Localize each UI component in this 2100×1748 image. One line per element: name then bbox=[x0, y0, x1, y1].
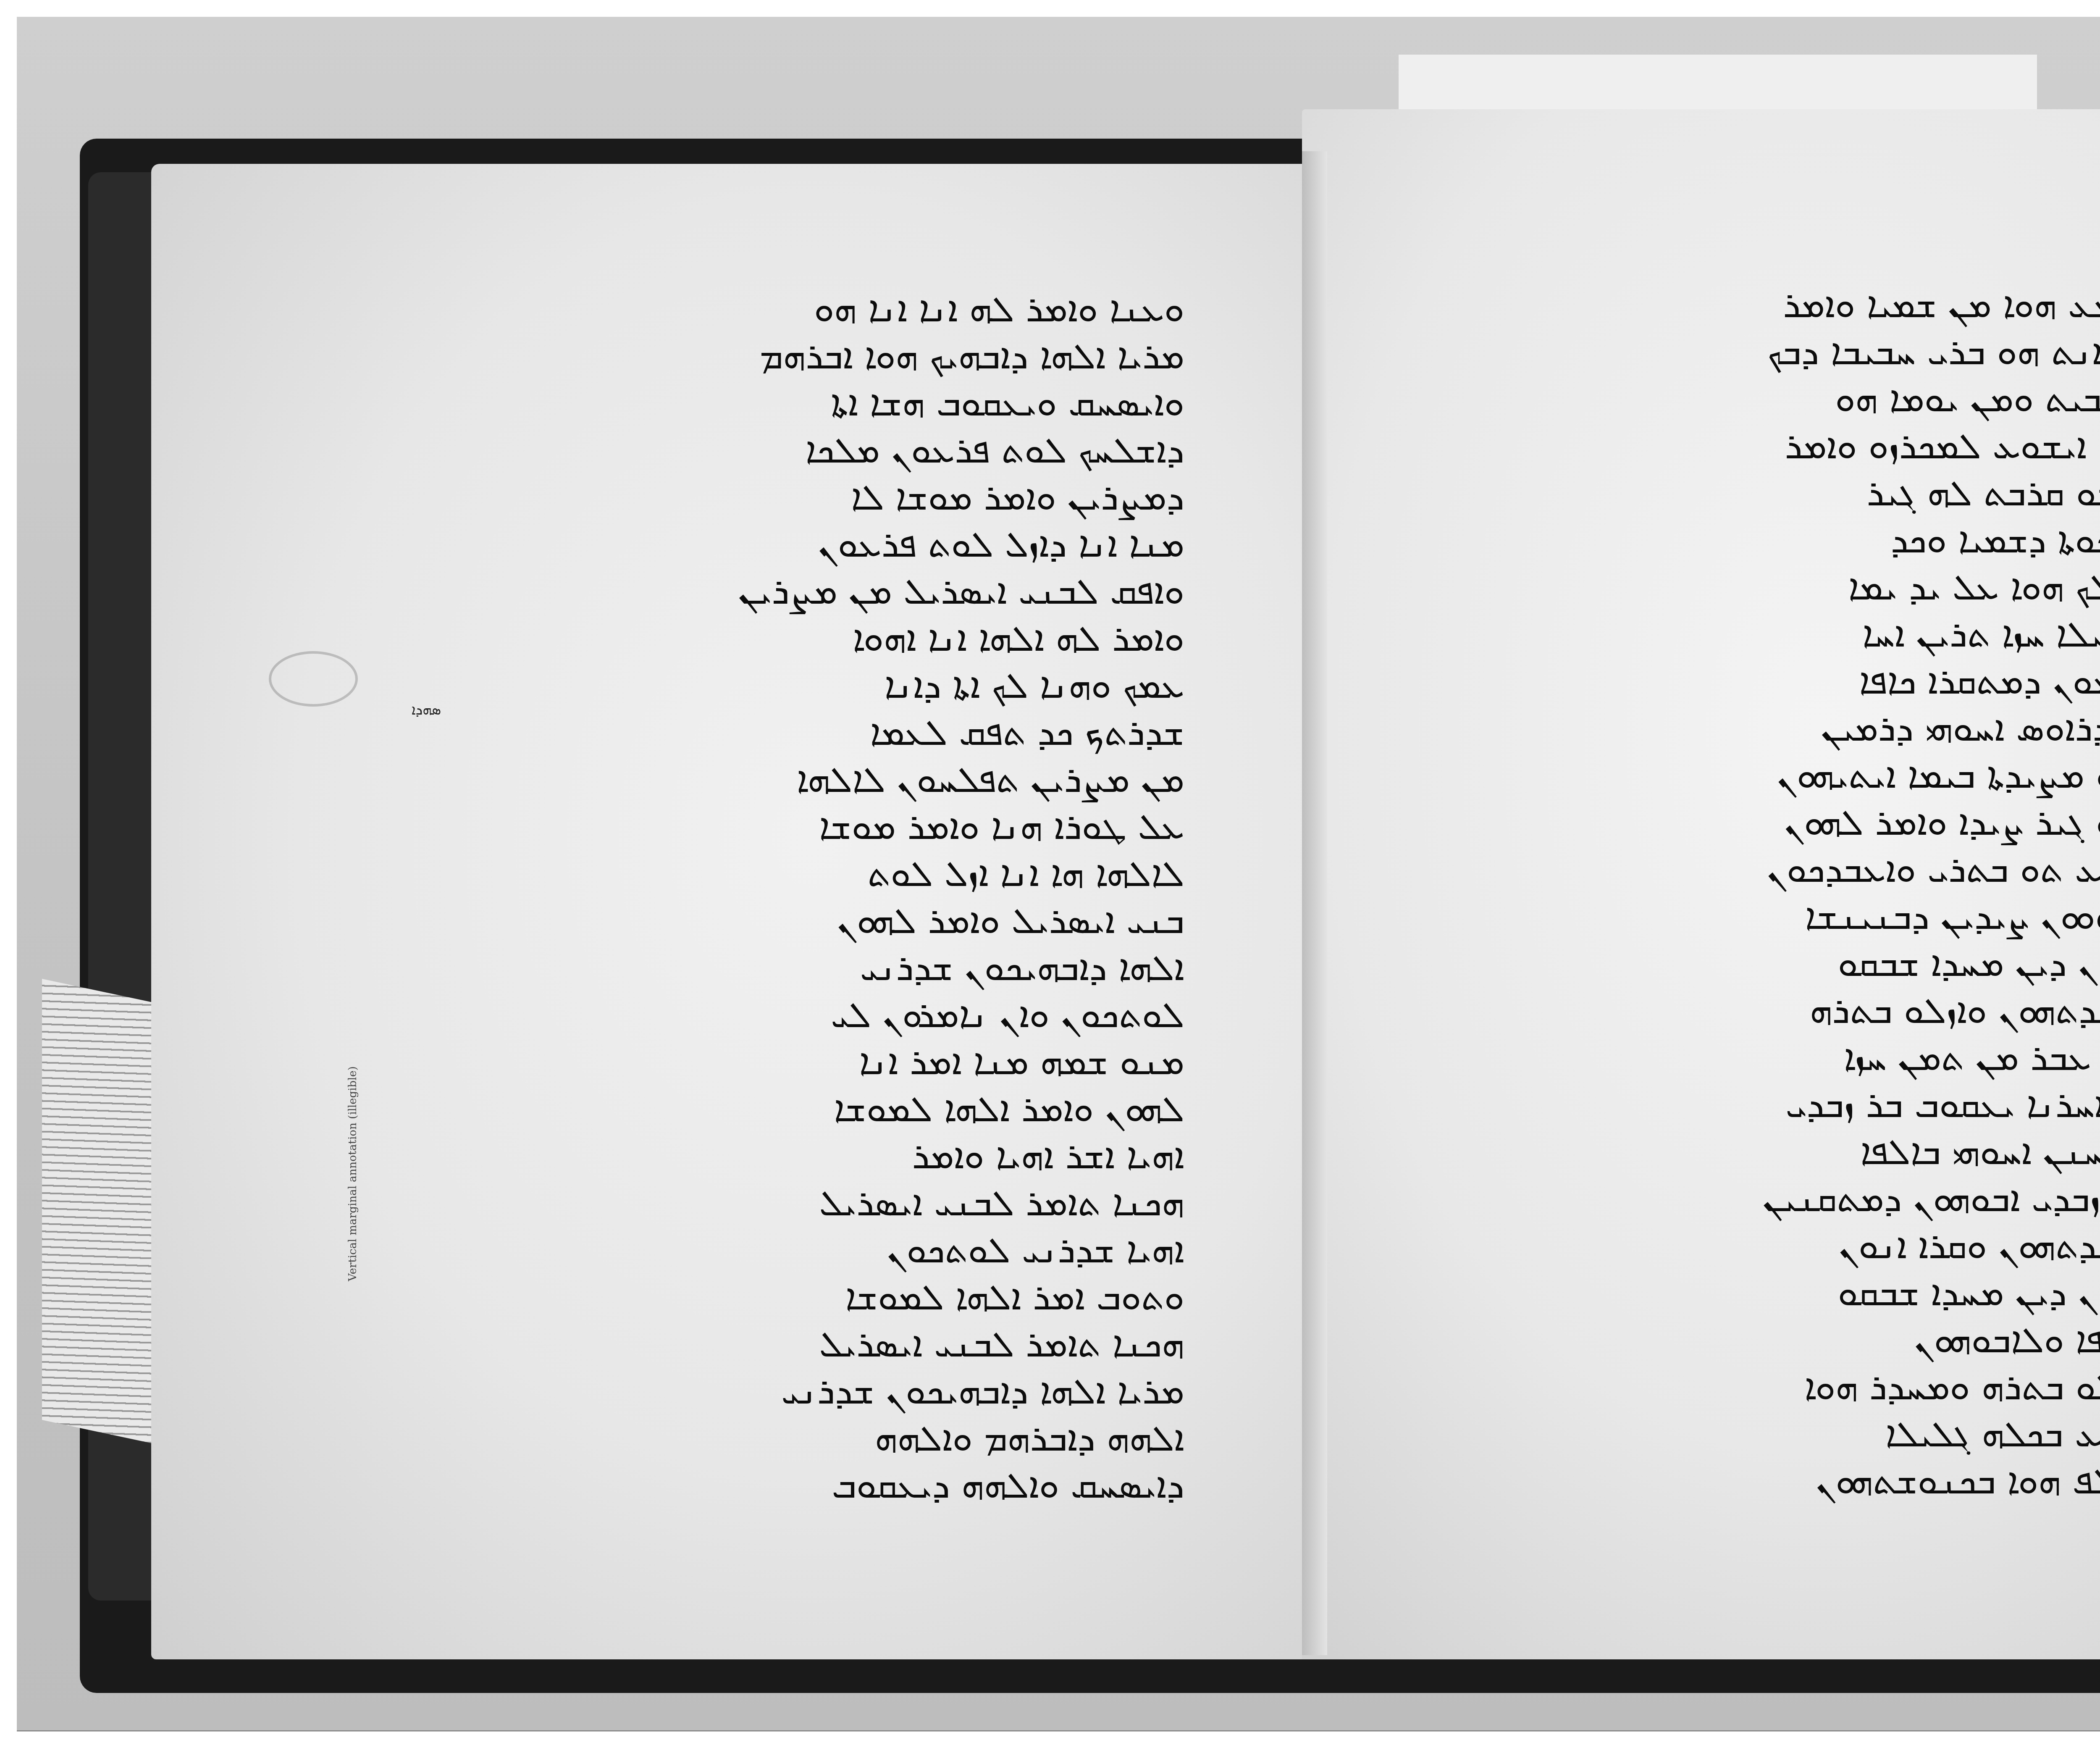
text-line: ܡܪܝܐ ܐܠܗܐ ܕܐܒܗܝܟ ܗܘܐ ܐܒܪܗܡ bbox=[479, 333, 1184, 380]
text-line: ܘܐܝܣܚܩ ܘܝܥܩܘܒ ܗܫܐ ܐܬܐ bbox=[479, 380, 1184, 427]
text-line: ܗܢܘܢ ܕܝܢ ܡܚܕܐ ܫܒܩܘ bbox=[1462, 1270, 2100, 1317]
text-line: ܕܓܠܝܠܐ ܚܙܐ ܬܪܝܢ ܐܚܐ bbox=[1462, 611, 2100, 658]
text-line: ܘܥܢܐ ܘܐܡܪ ܠܗ ܐܢܐ ܐܢܐ ܗܘ bbox=[479, 286, 1184, 333]
text-line: ܘܬܘܒ ܐܡܪ ܐܠܗܐ ܠܡܘܫܐ bbox=[479, 1274, 1184, 1321]
text-line: ܕܐܝܣܚܩ ܘܐܠܗܗ ܕܝܥܩܘܒ bbox=[479, 1462, 1184, 1509]
text-line: ܡܪܝܐ ܐܠܗܐ ܕܐܒܗܝܟܘܢ ܫܕܪܢܝ bbox=[479, 1368, 1184, 1415]
text-line: ܒܢܝ ܐܝܣܪܝܠ ܘܐܡܪ ܠܗܘܢ bbox=[479, 897, 1184, 944]
text-line: ܥܠ ܛܘܪܐ ܗܢܐ ܘܐܡܪ ܡܘܫܐ bbox=[479, 803, 1184, 850]
text-line: ܡܠܟܘܬܐ ܕܫܡܝܐ ܘܟܕ bbox=[1462, 517, 2100, 564]
text-line: ܘܐܢܕܪܐܘܣ ܐܚܘܗܝ ܕܪܡܝܢ bbox=[1462, 705, 2100, 752]
text-line: ܡܨܝܕܬܗܘܢ ܘܐܙܠܘ ܒܬܪܗ bbox=[1462, 987, 2100, 1034]
manuscript-photograph: ܣܗܕܐ Vertical marginal annotation (illeg… bbox=[17, 13, 2100, 1731]
text-line: ܕܐܫܠܚܟ ܠܘܬ ܦܪܥܘܢ ܡܠܟܐ bbox=[479, 427, 1184, 474]
text-line: ܗܘܘ ܓܝܪ ܨܝܕܐ ܘܐܡܪ ܠܗܘܢ bbox=[1462, 799, 2100, 846]
text-line: ܗܟܢܐ ܬܐܡܪ ܠܒܢܝ ܐܝܣܪܝܠ bbox=[479, 1321, 1184, 1368]
text-line: ܗܢܘܢ ܕܝܢ ܡܚܕܐ ܫܒܩܘ bbox=[1462, 940, 2100, 987]
text-line: ܘܟܕ ܥܒܪ ܡܢ ܬܡܢ ܚܙܐ bbox=[1462, 1034, 2100, 1081]
stain-mark bbox=[269, 651, 358, 707]
text-line: ܫܕܪܬܟ ܟܕ ܬܦܩ ܠܥܡܐ bbox=[479, 709, 1184, 756]
text-line: ܐܗܝܐ ܫܕܪܢܝ ܠܘܬܟܘܢ bbox=[479, 1227, 1184, 1274]
text-line: ܡܗܠܟ ܗܘܐ ܥܠ ܝܕ ܝܡܐ bbox=[1462, 564, 2100, 611]
text-line: ܠܐܠܦܐ ܘܠܐܒܘܗܘܢ bbox=[1462, 1317, 2100, 1364]
left-margin-note-vertical: Vertical marginal annotation (illegible) bbox=[344, 735, 424, 1281]
text-line: ܗܟܢܐ ܬܐܡܪ ܠܒܢܝ ܐܝܣܪܝܠ bbox=[479, 1180, 1184, 1227]
text-line: ܠܗ ܐܢܬ ܗܘ ܒܪܝ ܚܒܝܒܐ ܕܒܟ bbox=[1462, 329, 2100, 376]
text-line: ܘܐܡܪ ܠܗ ܐܠܗܐ ܐܢܐ ܐܗܘܐ bbox=[479, 615, 1184, 662]
text-line: ܐܠܗܗ ܕܐܒܪܗܡ ܘܐܠܗܗ bbox=[479, 1415, 1184, 1462]
text-line: ܘܐܦܩ ܠܒܢܝ ܐܝܣܪܝܠ ܡܢ ܡܨܪܝܢ bbox=[479, 568, 1184, 615]
text-line: ܘܝܘܚܢܢ ܐܚܘܗܝ ܒܐܠܦܐ bbox=[1462, 1128, 2100, 1175]
text-line: ܡܨܝܕܬܗܘܢ ܘܩܪܐ ܐܢܘܢ bbox=[1462, 1222, 2100, 1270]
text-line: ܘܫܡܥ ܗܘܐ ܡܢ ܫܡܝܐ ܘܐܡܪ bbox=[1462, 281, 2100, 329]
gutter bbox=[1302, 151, 1327, 1655]
text-line: ܐܚܐ ܐܚܪܢܐ ܝܥܩܘܒ ܒܪ ܙܒܕܝ bbox=[1462, 1081, 2100, 1128]
text-line: ܫܡܥܘܢ ܕܡܬܩܪܐ ܟܐܦܐ bbox=[1462, 658, 2100, 705]
text-line: ܘܐܙܠܘ ܒܬܪܗ ܘܡܚܕܪ ܗܘܐ bbox=[1462, 1364, 2100, 1411]
text-line: ܡܢܐ ܐܢܐ ܕܐܙܠ ܠܘܬ ܦܪܥܘܢ bbox=[479, 521, 1184, 568]
left-margin-note-top: ܣܗܕܐ bbox=[412, 702, 441, 718]
text-line: ܐܨܛܒܝܬ ܘܡܢ ܝܘܡܐ ܗܘ bbox=[1462, 376, 2100, 423]
text-line: ܠܐܠܗܐ ܗܐ ܐܢܐ ܐܙܠ ܠܘܬ bbox=[479, 850, 1184, 897]
text-line: ܠܘܬܟܘܢ ܘܐܢ ܢܐܡܪܘܢ ܠܝ bbox=[479, 991, 1184, 1038]
text-line: ܐܠܗܐ ܕܐܒܗܝܟܘܢ ܫܕܪܢܝ bbox=[479, 944, 1184, 991]
text-line: ܬܘܒܘ ܩܪܒܬ ܠܗ ܓܝܪ bbox=[1462, 470, 2100, 517]
text-line: ܐܗܝܐ ܐܫܪ ܐܗܝܐ ܘܐܡܪ bbox=[479, 1133, 1184, 1180]
left-page-text: ܘܥܢܐ ܘܐܡܪ ܠܗ ܐܢܐ ܐܢܐ ܗܘ ܡܪܝܐ ܐܠܗܐ ܕܐܒܗܝܟ… bbox=[479, 286, 1184, 1509]
text-line: ܡܢ ܡܨܪܝܢ ܬܦܠܚܘܢ ܠܐܠܗܐ bbox=[479, 756, 1184, 803]
text-line: ܡܢܘ ܫܡܗ ܡܢܐ ܐܡܪ ܐܢܐ bbox=[479, 1038, 1184, 1086]
right-page-text: ܘܫܡܥ ܗܘܐ ܡܢ ܫܡܝܐ ܘܐܡܪ ܠܗ ܐܢܬ ܗܘ ܒܪܝ ܚܒܝܒ… bbox=[1462, 281, 2100, 1505]
text-line: ܘܡܠܦ ܗܘܐ ܒܟܢܘܫܬܗܘܢ bbox=[1462, 1458, 2100, 1505]
text-line: ܗܘܘ ܡܨܝܕܬܐ ܒܝܡܐ ܐܝܬܝܗܘܢ bbox=[1462, 752, 2100, 799]
text-line: ܫܪܝ ܐܝܫܘܥ ܠܡܟܪܙܘ ܘܐܡܪ bbox=[1462, 423, 2100, 470]
text-line: ܝܫܘܥ ܒܟܠܗ ܓܠܝܠܐ bbox=[1462, 1411, 2100, 1458]
text-line: ܥܡܟ ܘܗܢܐ ܠܟ ܐܬܐ ܕܐܢܐ bbox=[479, 662, 1184, 709]
text-line: ܝܫܘܥ ܬܘ ܒܬܪܝ ܘܐܥܒܕܟܘܢ bbox=[1462, 846, 2100, 893]
text-line: ܕܬܗܘܘܢ ܨܝܕܝܢ ܕܒܢܝܢܫܐ bbox=[1462, 893, 2100, 940]
text-line: ܕܡܨܪܝܢ ܘܐܡܪ ܡܘܫܐ ܠܐ bbox=[479, 474, 1184, 521]
text-line: ܠܗܘܢ ܘܐܡܪ ܐܠܗܐ ܠܡܘܫܐ bbox=[479, 1086, 1184, 1133]
text-line: ܥܡ ܙܒܕܝ ܐܒܘܗܘܢ ܕܡܬܩܢܝܢ bbox=[1462, 1175, 2100, 1222]
